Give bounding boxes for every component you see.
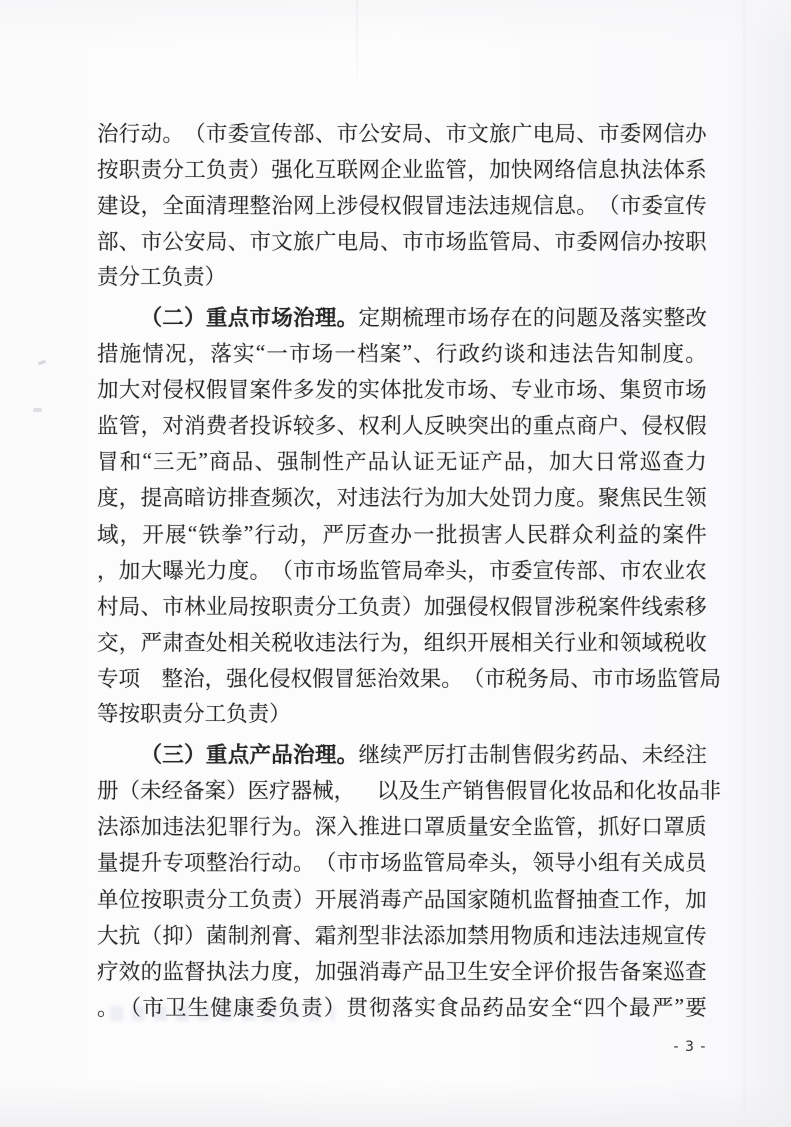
page-number: - 3 - [650,1039,730,1055]
paragraph: 治行动。（市委宣传部、市公安局、市文旅广电局、市委网信办按职责分工负责）强化互联… [97,114,707,295]
text-line: 建设，全面清理整治网上涉侵权假冒违法违规信息。（市委宣传 [97,186,707,222]
text-line: 村局、市林业局按职责分工负责）加强侵权假冒涉税案件线索移 [97,587,707,623]
paragraph: （三）重点产品治理。继续严厉打击制售假劣药品、未经注册（未经备案）医疗器械， 以… [97,735,707,1025]
text-line: 按职责分工负责）强化互联网企业监管，加快网络信息执法体系 [97,150,707,186]
text-line: 量提升专项整治行动。（市市场监管局牵头，领导小组有关成员 [97,844,707,880]
scan-crease [356,0,358,95]
text-line: 措施情况，落实“一市场一档案”、行政约谈和违法告知制度。 [97,334,707,370]
scan-speck [38,360,47,365]
text-line: 监管，对消费者投诉较多、权利人反映突出的重点商户、侵权假 [97,407,707,443]
text-line: 交，严肃查处相关税收违法行为，组织开展相关行业和领域税收 [97,624,707,660]
text-line: 度，提高暗访排查频次，对违法行为加大处罚力度。聚焦民生领 [97,479,707,515]
text-line: ，加大曝光力度。（市市场监管局牵头，市委宣传部、市农业农 [97,551,707,587]
paragraph: （二）重点市场治理。定期梳理市场存在的问题及落实整改措施情况，落实“一市场一档案… [97,298,707,732]
text-line: 。（市卫生健康委负责）贯彻落实食品药品安全“四个最严”要 [97,989,707,1025]
text-line: 冒和“三无”商品、强制性产品认证无证产品，加大日常巡查力 [97,443,707,479]
scan-shadow [0,1080,791,1127]
text-line: 专项 整治，强化侵权假冒惩治效果。（市税务局、市市场监管局 [97,660,707,696]
text-line: 加大对侵权假冒案件多发的实体批发市场、专业市场、集贸市场 [97,370,707,406]
text-line: 责分工负责） [97,259,707,295]
text-line: 单位按职责分工负责）开展消毒产品国家随机监督抽查工作，加 [97,880,707,916]
scan-streak [743,0,746,1127]
text-line: （三）重点产品治理。继续严厉打击制售假劣药品、未经注 [97,735,707,771]
text-line: 部、市公安局、市文旅广电局、市市场监管局、市委网信办按职 [97,223,707,259]
text-line: 域，开展“铁拳”行动，严厉查办一批损害人民群众利益的案件 [97,515,707,551]
text-line: 等按职责分工负责） [97,696,707,732]
text-line: 大抗（抑）菌制剂膏、霜剂型非法添加禁用物质和违法违规宣传 [97,916,707,952]
scanned-document-page: 治行动。（市委宣传部、市公安局、市文旅广电局、市委网信办按职责分工负责）强化互联… [0,0,791,1127]
text-line: 法添加违法犯罪行为。深入推进口罩质量安全监管，抓好口罩质 [97,808,707,844]
text-line: 册（未经备案）医疗器械， 以及生产销售假冒化妆品和化妆品非 [97,771,707,807]
text-line: 治行动。（市委宣传部、市公安局、市文旅广电局、市委网信办 [97,114,707,150]
text-line: 疗效的监督执法力度，加强消毒产品卫生安全评价报告备案巡查 [97,952,707,988]
document-body: 治行动。（市委宣传部、市公安局、市文旅广电局、市委网信办按职责分工负责）强化互联… [97,114,707,1028]
scan-speck [33,408,42,412]
text-line: （二）重点市场治理。定期梳理市场存在的问题及落实整改 [97,298,707,334]
